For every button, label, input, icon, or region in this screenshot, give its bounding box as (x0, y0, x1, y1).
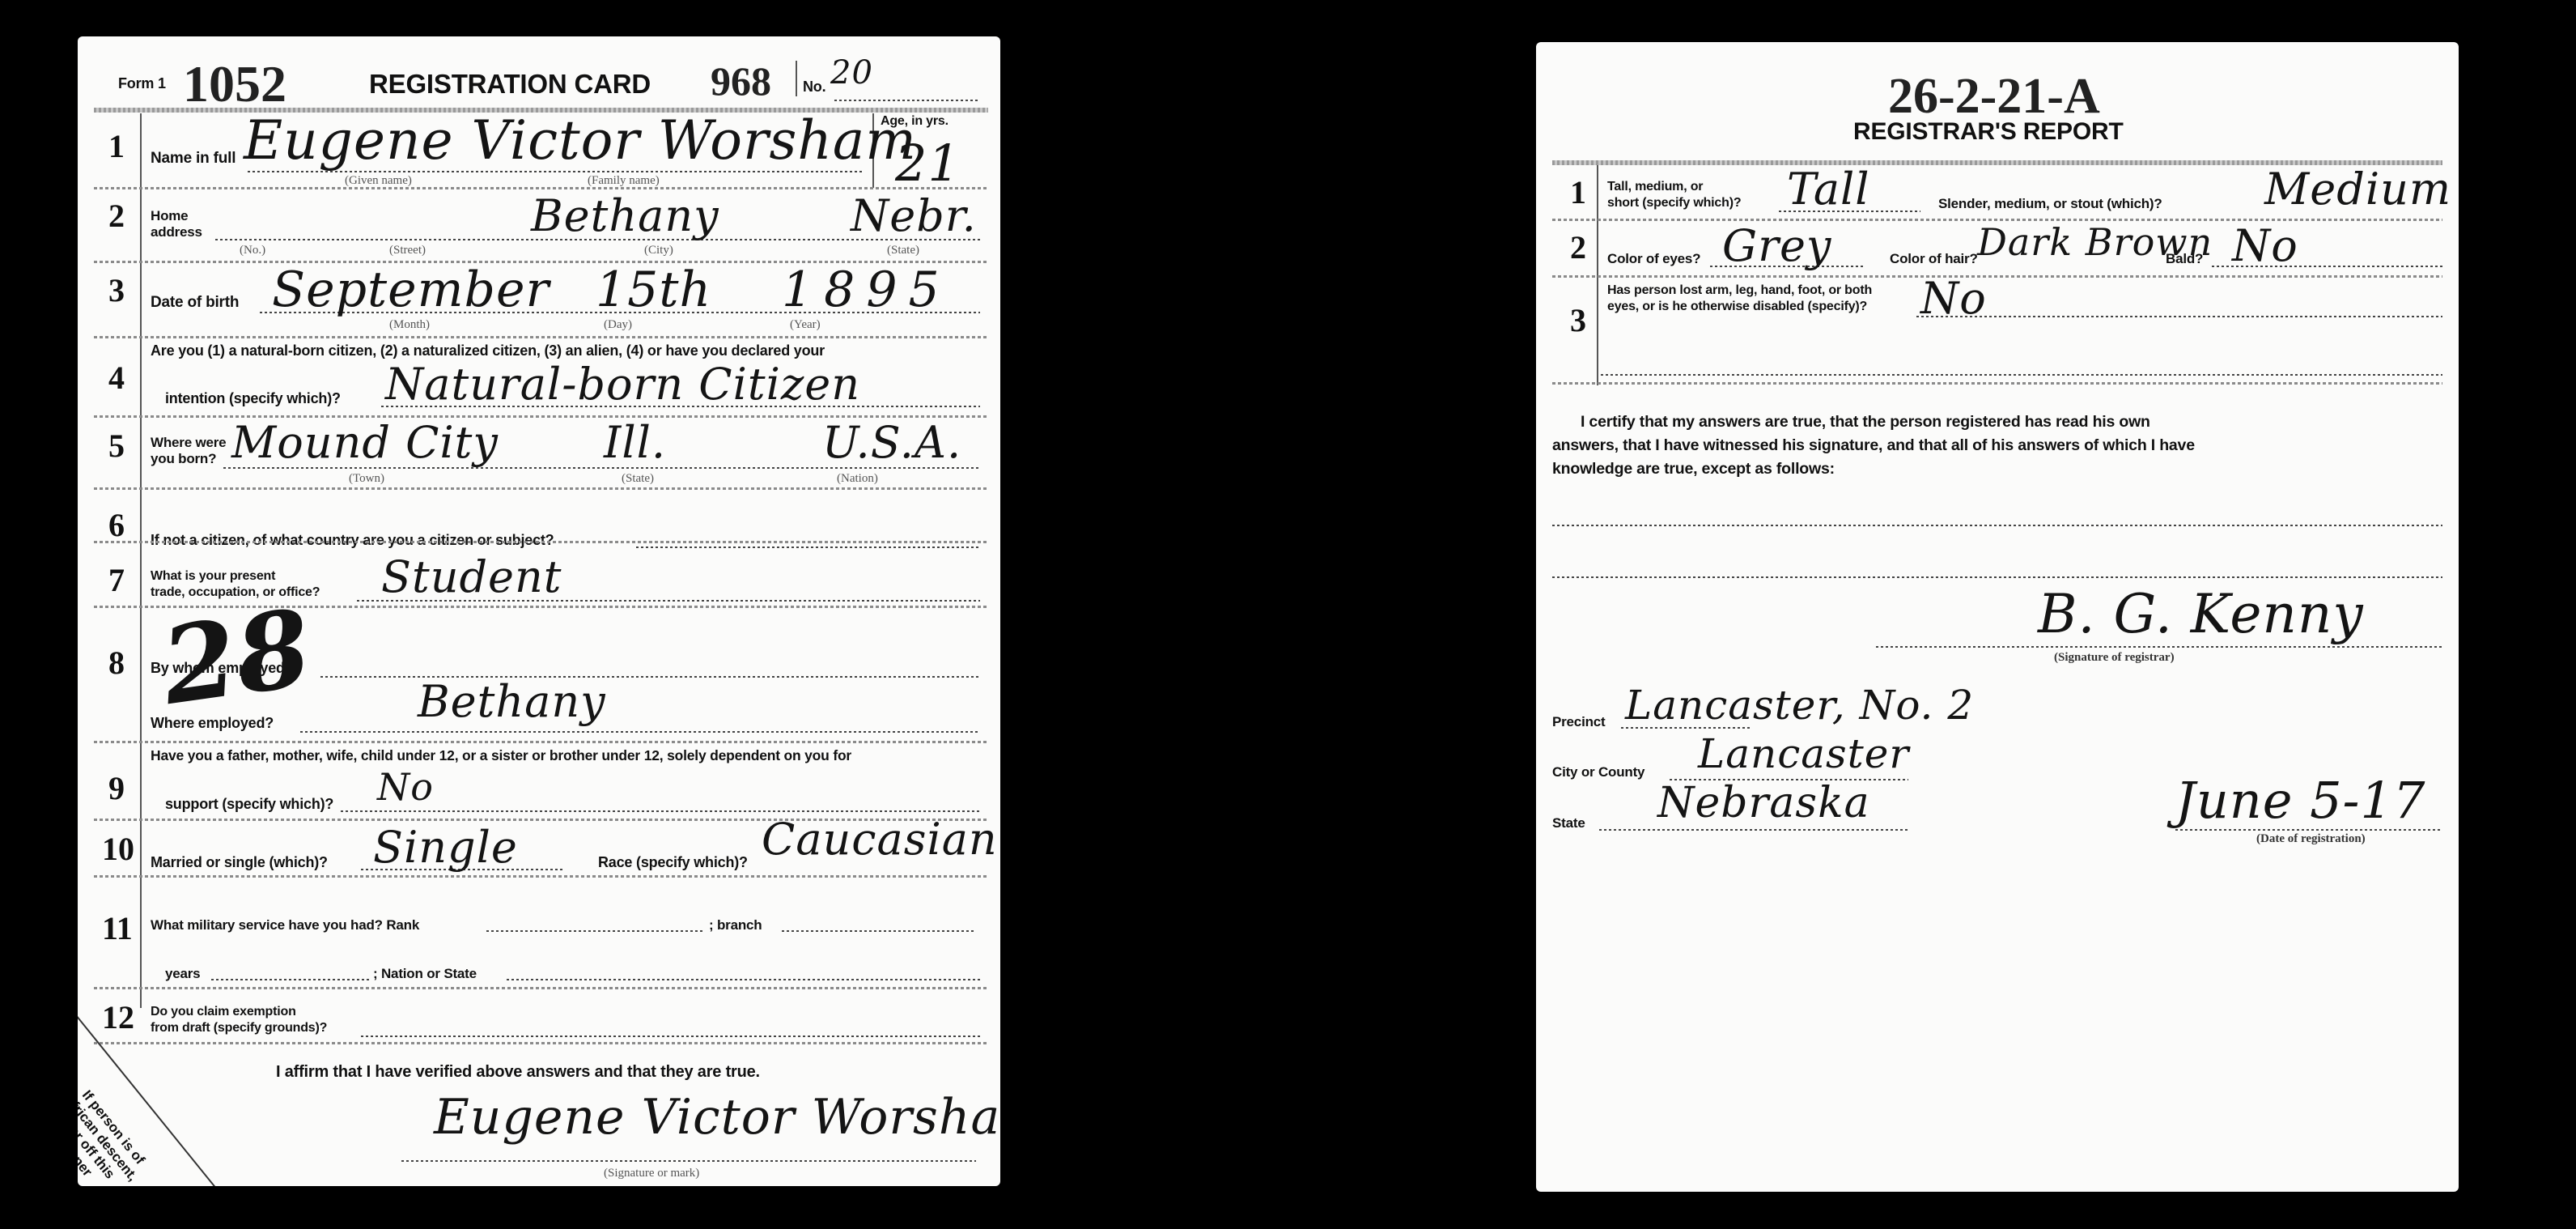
row-number: 3 (108, 271, 125, 309)
precinct-label: Precinct (1552, 714, 1606, 730)
bald-label: Bald? (2166, 251, 2203, 267)
dotted-line (361, 1036, 980, 1037)
registration-date-value: June 5-17 (2175, 771, 2425, 830)
row-divider (94, 875, 988, 878)
stamp-number: 1052 (183, 54, 286, 114)
disability-label-2: eyes, or is he otherwise disabled (speci… (1607, 300, 1867, 314)
dotted-line (486, 930, 705, 932)
row-number: 4 (108, 359, 125, 397)
row-divider (94, 741, 988, 743)
dependents-value: No (377, 765, 434, 809)
row-divider (94, 987, 988, 989)
card-title: REGISTRATION CARD (369, 69, 651, 100)
row-number: 9 (108, 769, 125, 807)
signature-line (401, 1160, 976, 1162)
row-number: 7 (108, 561, 125, 599)
card-number: 968 (711, 57, 771, 104)
dob-day-value: 15th (596, 262, 711, 318)
row-number: 1 (1570, 173, 1586, 211)
city-county-label: City or County (1552, 764, 1644, 780)
build-label: Slender, medium, or stout (which)? (1938, 196, 2162, 212)
dotted-line (211, 979, 369, 980)
exceptions-line (1552, 576, 2442, 578)
military-service-label: What military service have you had? Rank (151, 917, 419, 933)
height-label-1: Tall, medium, or (1607, 180, 1703, 194)
height-label-2: short (specify which)? (1607, 196, 1741, 211)
disability-value: No (1920, 273, 1987, 324)
work-location-value: Bethany (418, 676, 606, 727)
eye-color-value: Grey (1722, 220, 1831, 271)
city-county-value: Lancaster (1698, 730, 1909, 777)
state-value: Nebraska (1657, 779, 1870, 827)
no-caption: (No.) (240, 244, 265, 257)
years-label: years (165, 966, 200, 982)
exemption-label-2: from draft (specify grounds)? (151, 1021, 327, 1036)
row-divider (94, 1042, 988, 1044)
margin-mark: 28 (155, 585, 318, 729)
age-label: Age, in yrs. (881, 114, 948, 129)
nation-caption: (Nation) (837, 472, 878, 486)
branch-label: ; branch (709, 917, 762, 933)
street-caption: (Street) (389, 244, 426, 257)
name-value: Eugene Victor Worsham (244, 109, 917, 172)
marital-value: Single (373, 822, 518, 873)
no-label: No. (803, 79, 825, 96)
row-divider (94, 487, 988, 490)
row-number: 8 (108, 644, 125, 682)
name-label: Name in full (151, 150, 236, 168)
dob-year-value: 1895 (782, 262, 951, 318)
row-number: 11 (102, 909, 133, 947)
registration-date-caption: (Date of registration) (2256, 832, 2366, 846)
family-name-caption: (Family name) (588, 174, 660, 188)
signature-line (1876, 646, 2442, 648)
disability-label-1: Has person lost arm, leg, hand, foot, or… (1607, 283, 1872, 298)
state-caption: (State) (887, 244, 919, 257)
dotted-line (507, 979, 980, 980)
dotted-line (782, 930, 976, 932)
row-number: 1 (108, 127, 125, 165)
dotted-line (636, 546, 980, 548)
row-number-divider (140, 113, 142, 1008)
dotted-line (1916, 316, 2442, 317)
dob-label: Date of birth (151, 294, 239, 312)
row-divider (94, 187, 988, 189)
state-caption: (State) (622, 472, 654, 486)
report-title: REGISTRAR'S REPORT (1853, 118, 2124, 146)
bald-value: No (2232, 220, 2298, 271)
certification-line-2: answers, that I have witnessed his signa… (1552, 436, 2195, 455)
row-divider (94, 336, 988, 338)
dob-month-value: September (272, 262, 550, 318)
dotted-line (248, 171, 863, 172)
eye-color-label: Color of eyes? (1607, 251, 1700, 267)
registrars-report-card: 26-2-21-A REGISTRAR'S REPORT 1 Tall, med… (1536, 42, 2459, 1192)
row-number: 6 (108, 506, 125, 544)
registrant-signature: Eugene Victor Worsham (434, 1089, 1000, 1146)
intention-label: intention (specify which)? (165, 390, 341, 407)
birth-town-value: Mound City (231, 417, 499, 468)
certification-line-3: knowledge are true, except as follows: (1552, 460, 1835, 478)
registrar-signature: B. G. Kenny (2038, 583, 2364, 645)
state-label: State (1552, 815, 1585, 831)
form-label: Form 1 (118, 75, 166, 92)
signature-caption: (Signature or mark) (604, 1167, 699, 1180)
row-number: 2 (108, 197, 125, 235)
date-line (2175, 829, 2442, 831)
city-caption: (City) (644, 244, 673, 257)
precinct-value: Lancaster, No. 2 (1625, 682, 1974, 729)
race-label: Race (specify which)? (598, 854, 748, 871)
home-city-value: Bethany (531, 190, 719, 241)
exemption-label-1: Do you claim exemption (151, 1005, 296, 1019)
build-value: Medium (2264, 164, 2451, 215)
birth-nation-value: U.S.A. (822, 417, 961, 468)
dotted-line (1599, 829, 1908, 831)
dotted-line (341, 810, 980, 812)
citizenship-value: Natural-born Citizen (385, 359, 860, 410)
row-divider (94, 541, 988, 543)
birthplace-label-2: you born? (151, 451, 216, 467)
dependents-question: Have you a father, mother, wife, child u… (151, 747, 851, 764)
home-state-value: Nebr. (851, 190, 977, 241)
address-label: address (151, 224, 202, 240)
no-value: 20 (830, 54, 873, 91)
height-value: Tall (1787, 164, 1870, 215)
age-value: 21 (895, 134, 961, 193)
row-number: 2 (1570, 228, 1586, 266)
marital-label: Married or single (which)? (151, 854, 328, 871)
row-divider (1552, 275, 2442, 278)
dotted-line (834, 100, 980, 101)
birth-state-value: Ill. (604, 417, 666, 468)
report-stamp-number: 26-2-21-A (1888, 68, 2100, 125)
birthplace-label-1: Where were (151, 435, 226, 451)
day-caption: (Day) (604, 318, 632, 332)
nation-or-state-label: ; Nation or State (373, 966, 477, 982)
dotted-line (300, 731, 980, 733)
dotted-line (1601, 374, 2442, 376)
month-caption: (Month) (389, 318, 430, 332)
town-caption: (Town) (349, 472, 384, 486)
citizenship-question: Are you (1) a natural-born citizen, (2) … (151, 342, 825, 359)
divider (796, 61, 797, 96)
given-name-caption: (Given name) (345, 174, 412, 188)
row-number: 3 (1570, 301, 1586, 339)
certification-line-1: I certify that my answers are true, that… (1581, 413, 2150, 432)
home-label: Home (151, 208, 188, 224)
registration-card: Form 1 1052 REGISTRATION CARD 968 No. 20… (78, 36, 1000, 1186)
row-number: 10 (102, 830, 134, 868)
affirmation-text: I affirm that I have verified above answ… (276, 1063, 760, 1082)
row-number: 5 (108, 427, 125, 465)
year-caption: (Year) (790, 318, 821, 332)
support-label: support (specify which)? (165, 796, 333, 813)
registrar-signature-caption: (Signature of registrar) (2054, 651, 2175, 665)
hair-color-label: Color of hair? (1890, 251, 1978, 267)
row-number: 12 (102, 998, 134, 1036)
exceptions-line (1552, 525, 2442, 526)
row-divider (1552, 382, 2442, 385)
race-value: Caucasian (762, 814, 998, 865)
occupation-value: Student (381, 551, 562, 602)
occupation-label-1: What is your present (151, 569, 275, 584)
